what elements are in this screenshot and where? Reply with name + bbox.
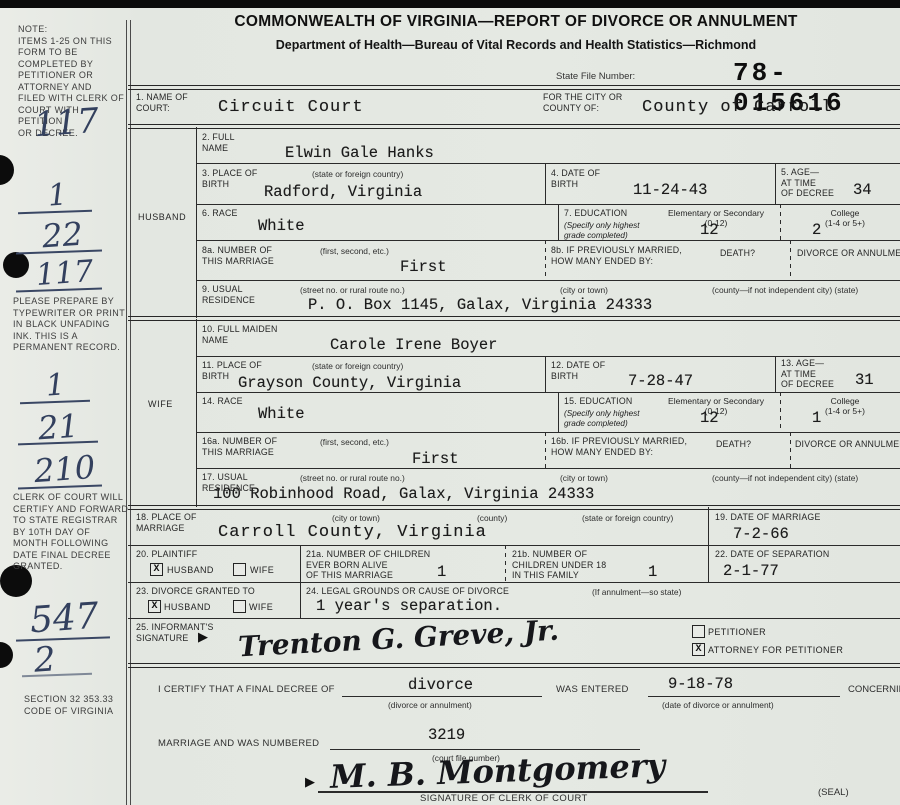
field-17-value: 100 Robinhood Road, Galax, Virginia 2433… xyxy=(213,485,594,503)
grid-line-dashed xyxy=(545,432,546,468)
grid-line xyxy=(128,545,900,546)
field-17-hint2: (city or town) xyxy=(560,473,608,483)
grid-line xyxy=(196,280,900,281)
field-21a-value: 1 xyxy=(437,563,446,581)
field-12-value: 7-28-47 xyxy=(628,372,693,390)
field-14-label: 14. RACE xyxy=(202,396,243,407)
field-11-value: Grayson County, Virginia xyxy=(238,374,461,392)
field-15-col2-label: College (1-4 or 5+) xyxy=(790,396,900,416)
field-22-value: 2-1-77 xyxy=(723,562,779,580)
field-24-value: 1 year's separation. xyxy=(316,597,502,615)
field-7-label: 7. EDUCATION xyxy=(564,208,627,219)
field-city-county-value: County of Carroll xyxy=(642,98,832,117)
grid-line xyxy=(545,163,546,204)
clerk-signature-label: SIGNATURE OF CLERK OF COURT xyxy=(420,793,588,804)
field-20-label: 20. PLAINTIFF xyxy=(136,549,197,560)
grid-line-dashed xyxy=(790,240,791,280)
blank-line xyxy=(648,696,840,697)
grid-line xyxy=(196,163,900,164)
decree-type-value: divorce xyxy=(408,676,473,694)
handwritten-underline xyxy=(16,636,110,641)
hole-punch xyxy=(3,252,29,278)
field-15-col1-value: 12 xyxy=(700,409,719,427)
field-18-hint1: (city or town) xyxy=(332,513,380,523)
grid-line xyxy=(128,582,900,583)
grid-line xyxy=(545,356,546,392)
field-17-hint1: (street no. or rural route no.) xyxy=(300,473,405,483)
checkbox-plaintiff-husband: X xyxy=(150,563,163,576)
form-subtitle: Department of Health—Bureau of Vital Rec… xyxy=(132,38,900,52)
signature-arrow-icon xyxy=(305,773,315,791)
field-court-value: Circuit Court xyxy=(218,98,364,117)
margin-note-prepare: PLEASE PREPARE BY TYPEWRITER OR PRINT IN… xyxy=(13,296,127,354)
grid-line xyxy=(708,545,709,582)
numbered-label: MARRIAGE AND WAS NUMBERED xyxy=(158,738,319,749)
concerning-label: CONCERNING THE ABOVE xyxy=(848,684,900,695)
field-15-col2-value: 1 xyxy=(812,409,821,427)
field-city-county-label: FOR THE CITY OR COUNTY OF: xyxy=(543,92,622,113)
field-18-label: 18. PLACE OF MARRIAGE xyxy=(136,512,197,533)
field-9-hint3: (county—if not independent city) (state) xyxy=(712,285,858,295)
field-7-col1-value: 12 xyxy=(700,221,719,239)
grid-line xyxy=(128,316,900,321)
handwritten-number: 1 xyxy=(45,367,66,403)
field-18-value: Carroll County, Virginia xyxy=(218,523,487,542)
field-15-hint: (Specify only highest grade completed) xyxy=(564,409,640,428)
clerk-signature: M. B. Montgomery xyxy=(329,746,665,796)
checkbox-plaintiff-husband-label: HUSBAND xyxy=(167,565,214,575)
decree-type-hint: (divorce or annulment) xyxy=(388,700,472,710)
grid-line xyxy=(128,505,900,510)
field-9-hint2: (city or town) xyxy=(560,285,608,295)
handwritten-underline xyxy=(20,400,90,404)
scan-top-edge xyxy=(0,0,900,8)
grid-line xyxy=(196,319,197,507)
field-8b-death-label: DEATH? xyxy=(720,248,755,259)
field-5-value: 34 xyxy=(853,181,872,199)
signature-arrow-icon xyxy=(198,628,208,646)
informant-signature: Trenton G. Greve, Jr. xyxy=(237,614,559,664)
grid-line xyxy=(196,468,900,469)
grid-line-dashed xyxy=(780,204,781,241)
field-24-hint: (If annulment—so state) xyxy=(592,587,681,597)
grid-line xyxy=(196,392,900,393)
field-16a-label: 16a. NUMBER OF THIS MARRIAGE xyxy=(202,436,277,457)
handwritten-number: 210 xyxy=(33,448,97,490)
checkbox-petitioner xyxy=(692,625,705,638)
grid-line xyxy=(128,663,900,668)
field-court-label: 1. NAME OF COURT: xyxy=(136,92,188,113)
handwritten-underline xyxy=(18,485,102,490)
hole-punch xyxy=(0,642,13,668)
field-8a-value: First xyxy=(400,258,447,276)
grid-line-dashed xyxy=(545,240,546,280)
field-18-hint3: (state or foreign country) xyxy=(582,513,673,523)
grid-line xyxy=(196,204,900,205)
field-13-value: 31 xyxy=(855,371,874,389)
field-4-value: 11-24-43 xyxy=(633,181,707,199)
margin-note-code: SECTION 32 353.33 CODE OF VIRGINIA xyxy=(24,694,128,717)
field-19-label: 19. DATE OF MARRIAGE xyxy=(715,512,821,523)
field-22-label: 22. DATE OF SEPARATION xyxy=(715,549,829,560)
field-16a-hint: (first, second, etc.) xyxy=(320,437,389,447)
field-3-hint: (state or foreign country) xyxy=(312,169,403,179)
checkbox-granted-husband-label: HUSBAND xyxy=(164,602,211,612)
field-21a-label: 21a. NUMBER OF CHILDREN EVER BORN ALIVE … xyxy=(306,549,430,581)
field-4-label: 4. DATE OF BIRTH xyxy=(551,168,600,189)
wife-side-label: WIFE xyxy=(148,399,173,409)
field-7-hint: (Specify only highest grade completed) xyxy=(564,221,640,240)
blank-line xyxy=(342,696,542,697)
checkbox-petitioner-label: PETITIONER xyxy=(708,627,766,637)
field-10-label: 10. FULL MAIDEN NAME xyxy=(202,324,278,345)
decree-date-value: 9-18-78 xyxy=(668,675,733,693)
field-8a-label: 8a. NUMBER OF THIS MARRIAGE xyxy=(202,245,274,266)
checkbox-granted-husband: X xyxy=(148,600,161,613)
handwritten-number: 547 xyxy=(29,596,100,642)
grid-line xyxy=(196,240,900,241)
grid-line xyxy=(196,432,900,433)
field-7-col2-value: 2 xyxy=(812,221,821,239)
margin-divider xyxy=(126,20,131,805)
field-7-col2-label: College (1-4 or 5+) xyxy=(790,208,900,228)
field-8b-label: 8b. IF PREVIOUSLY MARRIED, HOW MANY ENDE… xyxy=(551,245,682,266)
field-21b-value: 1 xyxy=(648,563,657,581)
grid-line xyxy=(128,85,900,90)
state-file-number-label: State File Number: xyxy=(556,71,635,82)
field-3-value: Radford, Virginia xyxy=(264,183,422,201)
certify-statement-1: I CERTIFY THAT A FINAL DECREE OF xyxy=(158,684,335,695)
field-11-hint: (state or foreign country) xyxy=(312,361,403,371)
field-9-hint1: (street no. or rural route no.) xyxy=(300,285,405,295)
grid-line xyxy=(300,545,301,582)
scanned-divorce-report: NOTE: ITEMS 1-25 ON THIS FORM TO BE COMP… xyxy=(0,0,900,805)
court-file-number-value: 3219 xyxy=(428,726,465,744)
field-18-hint2: (county) xyxy=(477,513,507,523)
handwritten-number: 117 xyxy=(33,101,101,145)
grid-line-dashed xyxy=(505,545,506,582)
handwritten-number: 1 xyxy=(47,177,68,213)
field-5-label: 5. AGE— AT TIME OF DECREE xyxy=(781,167,834,199)
field-8a-hint: (first, second, etc.) xyxy=(320,246,389,256)
margin-note-clerk: CLERK OF COURT WILL CERTIFY AND FORWARD … xyxy=(13,492,129,573)
form-title: COMMONWEALTH OF VIRGINIA—REPORT OF DIVOR… xyxy=(132,13,900,31)
checkbox-plaintiff-wife-label: WIFE xyxy=(250,565,274,575)
field-6-label: 6. RACE xyxy=(202,208,238,219)
field-2-value: Elwin Gale Hanks xyxy=(285,144,434,162)
seal-label: (SEAL) xyxy=(818,787,849,798)
field-9-value: P. O. Box 1145, Galax, Virginia 24333 xyxy=(308,296,652,314)
field-16b-divorce-label: DIVORCE OR ANNULMENT xyxy=(795,439,900,450)
hole-punch xyxy=(0,155,14,185)
checkbox-attorney-label: ATTORNEY FOR PETITIONER xyxy=(708,645,843,655)
handwritten-number: 22 xyxy=(41,215,84,256)
field-9-label: 9. USUAL RESIDENCE xyxy=(202,284,255,305)
grid-line-dashed xyxy=(790,432,791,468)
field-14-value: White xyxy=(258,405,305,423)
grid-line xyxy=(775,356,776,392)
field-3-label: 3. PLACE OF BIRTH xyxy=(202,168,258,189)
grid-line xyxy=(558,392,559,432)
was-entered-label: WAS ENTERED xyxy=(556,684,629,695)
field-15-label: 15. EDUCATION xyxy=(564,396,632,407)
field-23-label: 23. DIVORCE GRANTED TO xyxy=(136,586,255,597)
grid-line xyxy=(558,204,559,241)
decree-date-hint: (date of divorce or annulment) xyxy=(662,700,774,710)
field-16b-death-label: DEATH? xyxy=(716,439,751,450)
field-8b-divorce-label: DIVORCE OR ANNULMENT xyxy=(797,248,900,259)
field-16a-value: First xyxy=(412,450,459,468)
field-13-label: 13. AGE— AT TIME OF DECREE xyxy=(781,358,834,390)
grid-line xyxy=(196,356,900,357)
field-17-hint3: (county—if not independent city) (state) xyxy=(712,473,858,483)
grid-line xyxy=(128,124,900,129)
field-10-value: Carole Irene Boyer xyxy=(330,336,497,354)
field-6-value: White xyxy=(258,217,305,235)
checkbox-granted-wife xyxy=(233,600,246,613)
field-21b-label: 21b. NUMBER OF CHILDREN UNDER 18 IN THIS… xyxy=(512,549,606,581)
grid-line xyxy=(708,507,709,545)
field-2-label: 2. FULL NAME xyxy=(202,132,235,153)
grid-line-dashed xyxy=(780,392,781,432)
handwritten-underline xyxy=(16,287,102,292)
checkbox-granted-wife-label: WIFE xyxy=(249,602,273,612)
checkbox-plaintiff-wife xyxy=(233,563,246,576)
field-19-value: 7-2-66 xyxy=(733,525,789,543)
husband-side-label: HUSBAND xyxy=(138,212,186,222)
grid-line xyxy=(775,163,776,204)
checkbox-attorney: X xyxy=(692,643,705,656)
grid-line xyxy=(196,127,197,318)
field-24-label: 24. LEGAL GROUNDS OR CAUSE OF DIVORCE xyxy=(306,586,509,597)
field-16b-label: 16b. IF PREVIOUSLY MARRIED, HOW MANY END… xyxy=(551,436,687,457)
field-12-label: 12. DATE OF BIRTH xyxy=(551,360,605,381)
grid-line xyxy=(300,582,301,618)
